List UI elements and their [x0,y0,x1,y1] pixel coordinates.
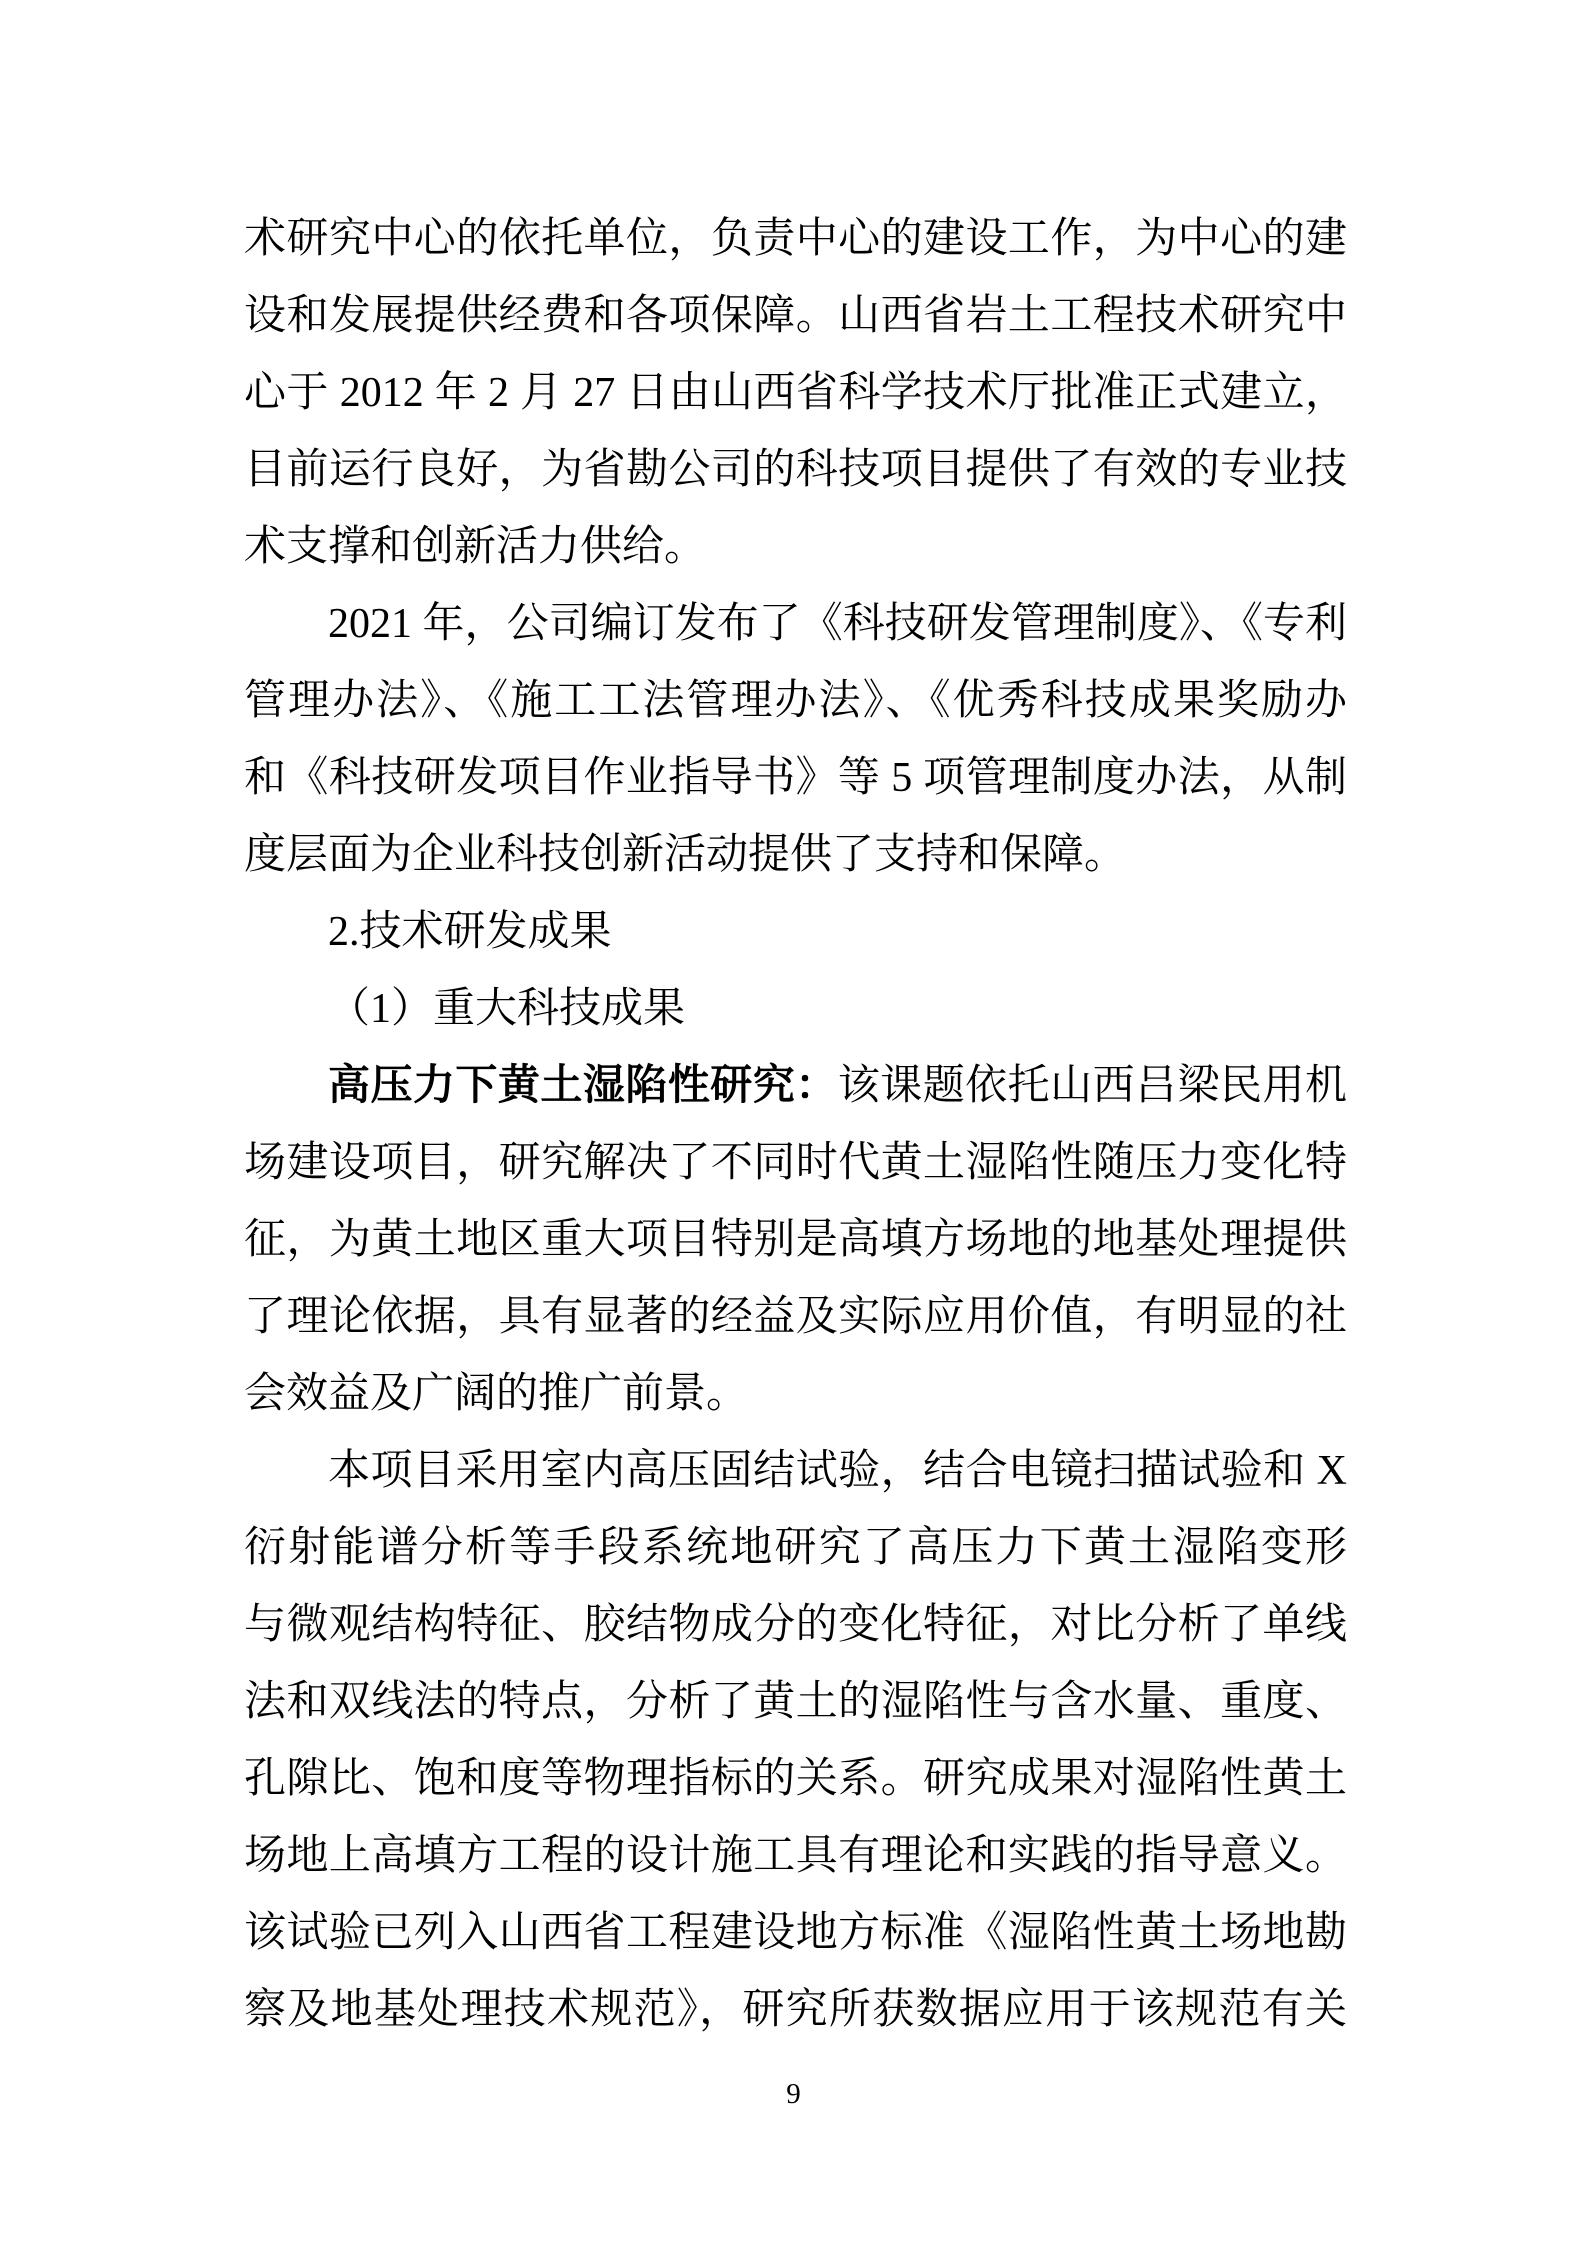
text-line: 高压力下黄土湿陷性研究：该课题依托山西吕梁民用机 [244,1048,1347,1125]
text-line: 2021 年，公司编订发布了《科技研发管理制度》、《专利 [244,586,1347,663]
text-line: 度层面为企业科技创新活动提供了支持和保障。 [244,817,1347,894]
text-line: 该试验已列入山西省工程建设地方标准《湿陷性黄土场地勘 [244,1895,1347,1972]
text-line: 设和发展提供经费和各项保障。山西省岩土工程技术研究中 [244,278,1347,355]
text-line: 了理论依据，具有显著的经益及实际应用价值，有明显的社 [244,1279,1347,1356]
document-page: 术研究中心的依托单位，负责中心的建设工作，为中心的建设和发展提供经费和各项保障。… [0,0,1587,2245]
text-line: （1）重大科技成果 [244,971,1347,1048]
text-line: 察及地基处理技术规范》，研究所获数据应用于该规范有关 [244,1972,1347,2049]
text-line: 征，为黄土地区重大项目特别是高填方场地的地基处理提供 [244,1202,1347,1279]
text-line: 管理办法》、《施工工法管理办法》、《优秀科技成果奖励办法》 [244,663,1347,740]
text-line: 本项目采用室内高压固结试验，结合电镜扫描试验和 X [244,1433,1347,1510]
text-line: 会效益及广阔的推广前景。 [244,1356,1347,1433]
text-line: 目前运行良好，为省勘公司的科技项目提供了有效的专业技 [244,432,1347,509]
page-number: 9 [0,2071,1587,2117]
text-line: 与微观结构特征、胶结物成分的变化特征，对比分析了单线 [244,1587,1347,1664]
text-line: 场建设项目，研究解决了不同时代黄土湿陷性随压力变化特 [244,1125,1347,1202]
text-line: 心于 2012 年 2 月 27 日由山西省科学技术厅批准正式建立， [244,355,1347,432]
text-line: 术研究中心的依托单位，负责中心的建设工作，为中心的建 [244,201,1347,278]
text-line: 法和双线法的特点，分析了黄土的湿陷性与含水量、重度、 [244,1664,1347,1741]
body-text: 术研究中心的依托单位，负责中心的建设工作，为中心的建设和发展提供经费和各项保障。… [0,0,1347,2049]
text-line: 和《科技研发项目作业指导书》等 5 项管理制度办法，从制 [244,740,1347,817]
text-line: 术支撑和创新活力供给。 [244,509,1347,586]
bold-heading: 高压力下黄土湿陷性研究： [328,1063,838,1109]
text-line: 场地上高填方工程的设计施工具有理论和实践的指导意义。 [244,1818,1347,1895]
text-line: 衍射能谱分析等手段系统地研究了高压力下黄土湿陷变形 [244,1510,1347,1587]
text-line: 孔隙比、饱和度等物理指标的关系。研究成果对湿陷性黄土 [244,1741,1347,1818]
text-line: 2.技术研发成果 [244,894,1347,971]
